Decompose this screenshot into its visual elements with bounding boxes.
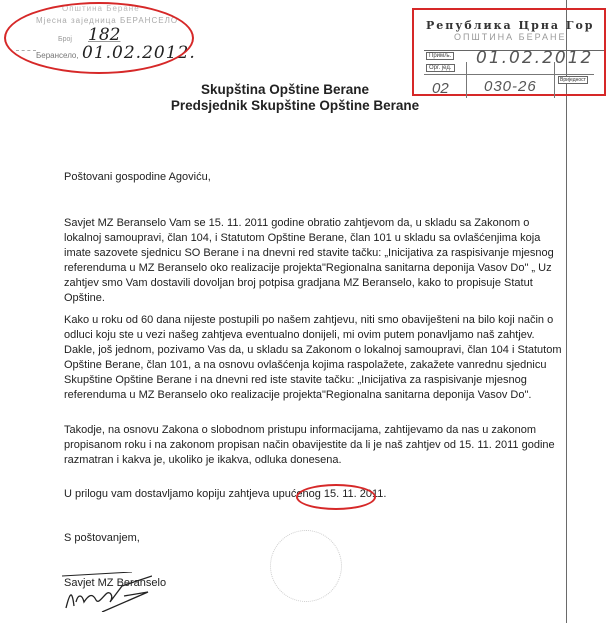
stamp-received-date: 01.02.2012 [476,48,593,68]
attachment-text: U prilogu vam dostavljamo kopiju zahtjev… [64,488,324,500]
stamp-received-label: Примљ. [426,52,454,60]
recipient-subheading: Predsjednik Skupštine Opštine Berane [0,98,600,113]
stamp-title: Република Црна Гор [426,19,594,32]
paragraph-3: Takodje, na osnovu Zakona o slobodnom pr… [64,423,562,468]
stamp-divider [424,74,594,75]
faint-round-seal [270,530,342,602]
stamp-subtitle: ОПШТИНА БЕРАНЕ [454,32,567,42]
paragraph-1: Savjet MZ Beranselo Vam se 15. 11. 2011 … [64,216,562,306]
salutation: Poštovani gospodine Agoviću, [64,170,562,185]
recipient-heading: Skupština Opštine Berane [0,82,590,97]
stamp-org-label: Орг. јед. [426,64,455,72]
red-ellipse-annotation-date [296,484,376,510]
paragraph-2: Kako u roku od 60 dana nijeste postupili… [64,313,562,403]
red-ellipse-annotation-stamp [4,2,194,74]
signature-icon [62,572,152,612]
